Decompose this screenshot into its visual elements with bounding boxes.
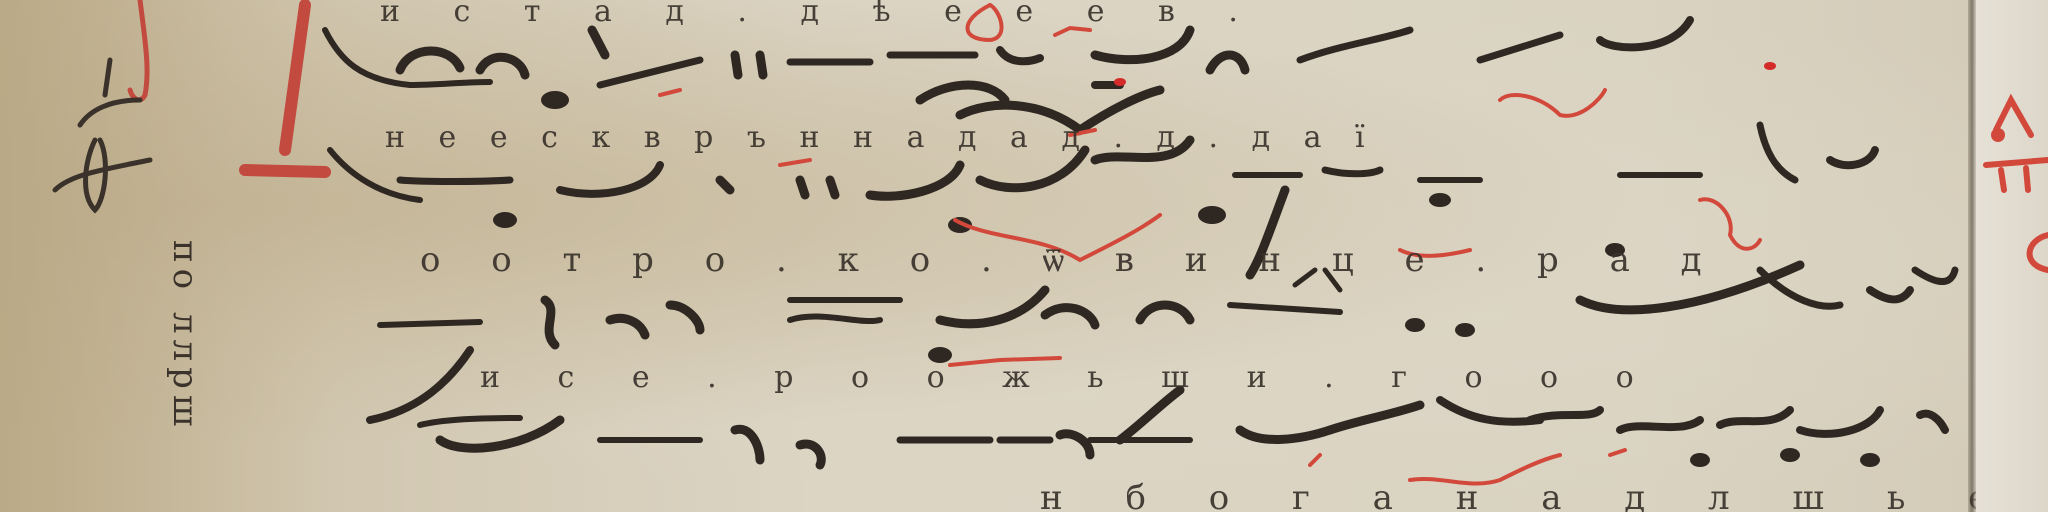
margin-vertical-note: по ллрш [165, 240, 205, 433]
page-gutter [1968, 0, 1976, 512]
text-line-3: о о т р о . к о . ѿ в и н ц е . р а д [420, 240, 1722, 280]
neumes-line-1 [325, 20, 1690, 85]
red-initial-letter [130, 0, 325, 172]
adjacent-page-edge [1976, 0, 2048, 512]
text-line-4: и с е . р о о ж ь ш и . г о о о [480, 360, 1658, 395]
text-line-5: н б о г а н а д л ш ь е г о [1040, 478, 2048, 512]
text-line-2: н е е с к в р ъ н н а д а д . д . д а ї [385, 120, 1377, 155]
text-line-1: и с т а д . д ѣ е е е в . [380, 0, 1260, 29]
adjacent-page-red-marks [1976, 0, 2048, 512]
margin-fita-mark [55, 60, 150, 210]
manuscript-page: Т по ллрш и с т а д . д ѣ е е е в . н е … [0, 0, 2048, 512]
